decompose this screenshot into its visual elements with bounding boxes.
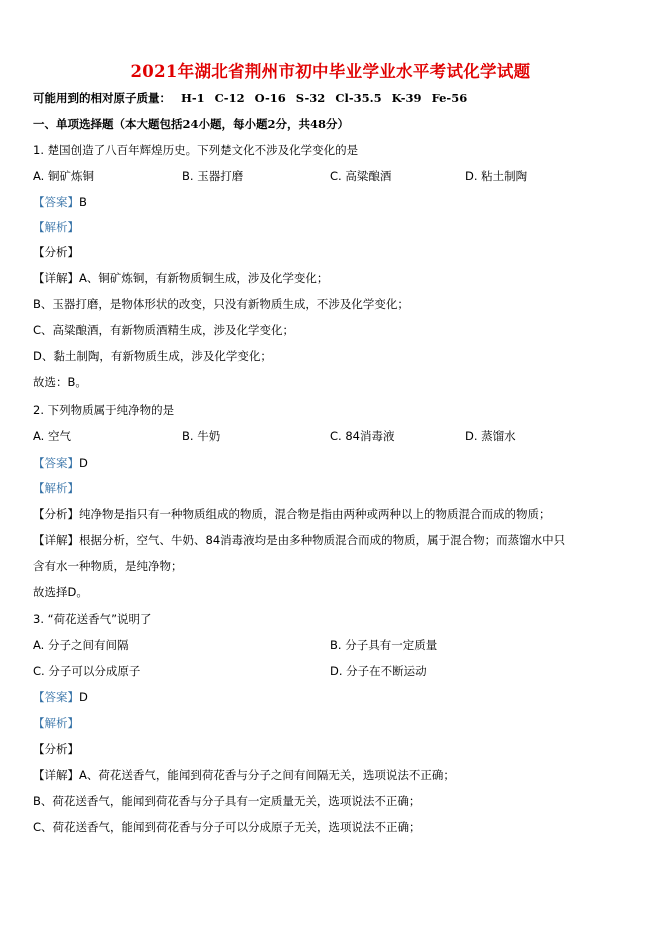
question-2-answer: 【答案】D xyxy=(33,455,88,471)
question-1-option-c: C. 高粱酿酒 xyxy=(330,168,391,184)
answer-value: B xyxy=(79,195,87,209)
question-1-detail-3: C、高粱酿酒，有新物质酒精生成，涉及化学变化； xyxy=(33,322,294,338)
question-1-detail-4: D、黏土制陶，有新物质生成，涉及化学变化； xyxy=(33,348,272,364)
answer-value: D xyxy=(79,690,88,704)
question-3-stem: 3. “荷花送香气”说明了 xyxy=(33,611,152,627)
question-3-detail-1: 【详解】A、荷花送香气，能闻到荷花香与分子之间有间隔无关，选项说法不正确； xyxy=(33,767,455,783)
atomic-mass-c: C-12 xyxy=(215,91,245,105)
question-2-stem: 2. 下列物质属于纯净物的是 xyxy=(33,402,174,418)
question-2-explanation-tag: 【解析】 xyxy=(33,480,79,496)
question-3-option-c: C. 分子可以分成原子 xyxy=(33,663,140,679)
detail-text: A、铜矿炼铜，有新物质铜生成，涉及化学变化； xyxy=(79,271,328,285)
detail-tag: 【详解】 xyxy=(33,533,79,547)
question-1-analysis-tag: 【分析】 xyxy=(33,244,79,260)
analysis-tag: 【分析】 xyxy=(33,507,79,521)
answer-tag: 【答案】 xyxy=(33,195,79,209)
question-1-conclusion: 故选：B。 xyxy=(33,374,87,390)
detail-tag: 【详解】 xyxy=(33,768,79,782)
question-2-analysis: 【分析】纯净物是指只有一种物质组成的物质，混合物是指由两种或两种以上的物质混合而… xyxy=(33,506,551,522)
atomic-mass-o: O-16 xyxy=(255,91,286,105)
question-1-option-d: D. 粘土制陶 xyxy=(465,168,527,184)
document-title: 2021年湖北省荆州市初中毕业学业水平考试化学试题 xyxy=(0,58,661,82)
atomic-masses-label: 可能用到的相对原子质量： xyxy=(33,91,171,105)
atomic-mass-s: S-32 xyxy=(296,91,326,105)
detail-tag: 【详解】 xyxy=(33,271,79,285)
atomic-masses-line: 可能用到的相对原子质量：H-1C-12O-16S-32Cl-35.5K-39Fe… xyxy=(33,90,467,106)
question-2-detail-2: 含有水一种物质，是纯净物； xyxy=(33,558,183,574)
question-2-option-c: C. 84消毒液 xyxy=(330,428,394,444)
question-3-answer: 【答案】D xyxy=(33,689,88,705)
atomic-mass-h: H-1 xyxy=(181,91,205,105)
question-2-option-a: A. 空气 xyxy=(33,428,71,444)
question-3-detail-3: C、荷花送香气，能闻到荷花香与分子可以分成原子无关，选项说法不正确； xyxy=(33,819,421,835)
question-3-analysis-tag: 【分析】 xyxy=(33,741,79,757)
question-1-option-b: B. 玉器打磨 xyxy=(182,168,243,184)
question-2-option-b: B. 牛奶 xyxy=(182,428,220,444)
answer-value: D xyxy=(79,456,88,470)
question-1-explanation-tag: 【解析】 xyxy=(33,219,79,235)
question-1-detail-1: 【详解】A、铜矿炼铜，有新物质铜生成，涉及化学变化； xyxy=(33,270,328,286)
detail-text: A、荷花送香气，能闻到荷花香与分子之间有间隔无关，选项说法不正确； xyxy=(79,768,455,782)
atomic-mass-k: K-39 xyxy=(392,91,422,105)
answer-tag: 【答案】 xyxy=(33,690,79,704)
question-2-conclusion: 故选择D。 xyxy=(33,584,88,600)
atomic-mass-fe: Fe-56 xyxy=(432,91,468,105)
question-1-option-a: A. 铜矿炼铜 xyxy=(33,168,94,184)
question-1-answer: 【答案】B xyxy=(33,194,87,210)
question-1-detail-2: B、玉器打磨，是物体形状的改变，只没有新物质生成，不涉及化学变化； xyxy=(33,296,409,312)
section-heading: 一、单项选择题（本大题包括24小题，每小题2分，共48分） xyxy=(33,116,349,132)
question-3-explanation-tag: 【解析】 xyxy=(33,715,79,731)
detail-text: 根据分析，空气、牛奶、84消毒液均是由多种物质混合而成的物质，属于混合物；而蒸馏… xyxy=(79,533,565,547)
analysis-text: 纯净物是指只有一种物质组成的物质，混合物是指由两种或两种以上的物质混合而成的物质… xyxy=(79,507,551,521)
question-3-option-d: D. 分子在不断运动 xyxy=(330,663,427,679)
atomic-mass-cl: Cl-35.5 xyxy=(335,91,381,105)
question-3-detail-2: B、荷花送香气，能闻到荷花香与分子具有一定质量无关，选项说法不正确； xyxy=(33,793,420,809)
question-2-option-d: D. 蒸馏水 xyxy=(465,428,516,444)
answer-tag: 【答案】 xyxy=(33,456,79,470)
question-1-stem: 1. 楚国创造了八百年辉煌历史。下列楚文化不涉及化学变化的是 xyxy=(33,142,358,158)
question-3-option-a: A. 分子之间有间隔 xyxy=(33,637,128,653)
question-2-detail-1: 【详解】根据分析，空气、牛奶、84消毒液均是由多种物质混合而成的物质，属于混合物… xyxy=(33,532,565,548)
question-3-option-b: B. 分子具有一定质量 xyxy=(330,637,437,653)
